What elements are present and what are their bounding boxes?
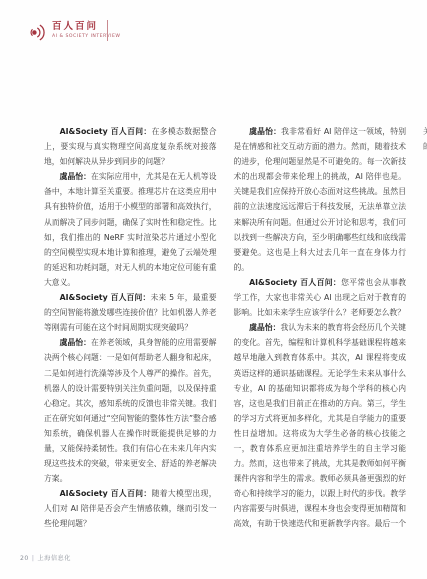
interviewer-label: AI&Society 百人百问： [60, 293, 151, 302]
question-paragraph: AI&Society 百人百问：未来 5 年，最重要的空间智能将激发哪些连接价值… [44, 290, 217, 335]
magazine-page: 百人百问 AI & SOCIETY INTERVIEW AI&Society 百… [0, 0, 427, 579]
interviewee-label: 虞晶怡： [60, 172, 91, 181]
interviewee-label: 虞晶怡： [60, 338, 91, 347]
masthead-text: 百人百问 AI & SOCIETY INTERVIEW [52, 21, 120, 40]
answer-paragraph: 虞晶怡：在养老领域，具身智能的应用需要解决两个核心问题：一是如何帮助老人翻身和起… [44, 335, 217, 486]
answer-paragraph: 虞晶怡：在实际应用中，尤其是在无人机等设备中，本地计算至关重要。推理芯片在这类应… [44, 169, 217, 290]
masthead-subtitle: AI & SOCIETY INTERVIEW [52, 33, 120, 40]
masthead-title: 百人百问 [52, 21, 120, 32]
question-paragraph: AI&Society 百人百问：您平常也会从事教学工作，大家也非常关心 AI 出… [234, 275, 407, 320]
answer-text: 我非常看好 AI 陪伴这一领域，特别是在情感和社交互动方面的潜力。然而，随着技术… [234, 127, 407, 272]
interviewee-label: 虞晶怡： [249, 323, 280, 332]
article-body: AI&Society 百人百问：在多模态数据整合上，要实现与真实物理空间高度复杂… [44, 124, 406, 532]
footer-separator: | [32, 555, 35, 562]
interviewee-label: 虞晶怡： [249, 127, 281, 136]
answer-text: 在实际应用中，尤其是在无人机等设备中，本地计算至关重要。推理芯片在这类应用中具有… [44, 172, 217, 287]
page-number: 20 [20, 555, 29, 562]
interviewer-label: AI&Society 百人百问： [60, 127, 152, 136]
broadcast-arcs-icon [30, 22, 47, 43]
answer-text: 在养老领域，具身智能的应用需要解决两个核心问题：一是如何帮助老人翻身和起床，二是… [44, 338, 217, 483]
interviewer-label: AI&Society 百人百问： [249, 278, 341, 287]
page-footer: 20|上海信息化 [20, 553, 71, 562]
question-paragraph: AI&Society 百人百问：随着大模型出现，人们对 AI 陪伴是否会产生情感… [44, 486, 217, 531]
question-paragraph: AI&Society 百人百问：在多模态数据整合上，要实现与真实物理空间高度复杂… [44, 124, 217, 169]
answer-paragraph: 虞晶怡：我非常看好 AI 陪伴这一领域，特别是在情感和社交互动方面的潜力。然而，… [234, 124, 407, 275]
interviewer-label: AI&Society 百人百问： [60, 489, 152, 498]
masthead-divider [107, 20, 108, 41]
journal-name: 上海信息化 [37, 555, 70, 562]
